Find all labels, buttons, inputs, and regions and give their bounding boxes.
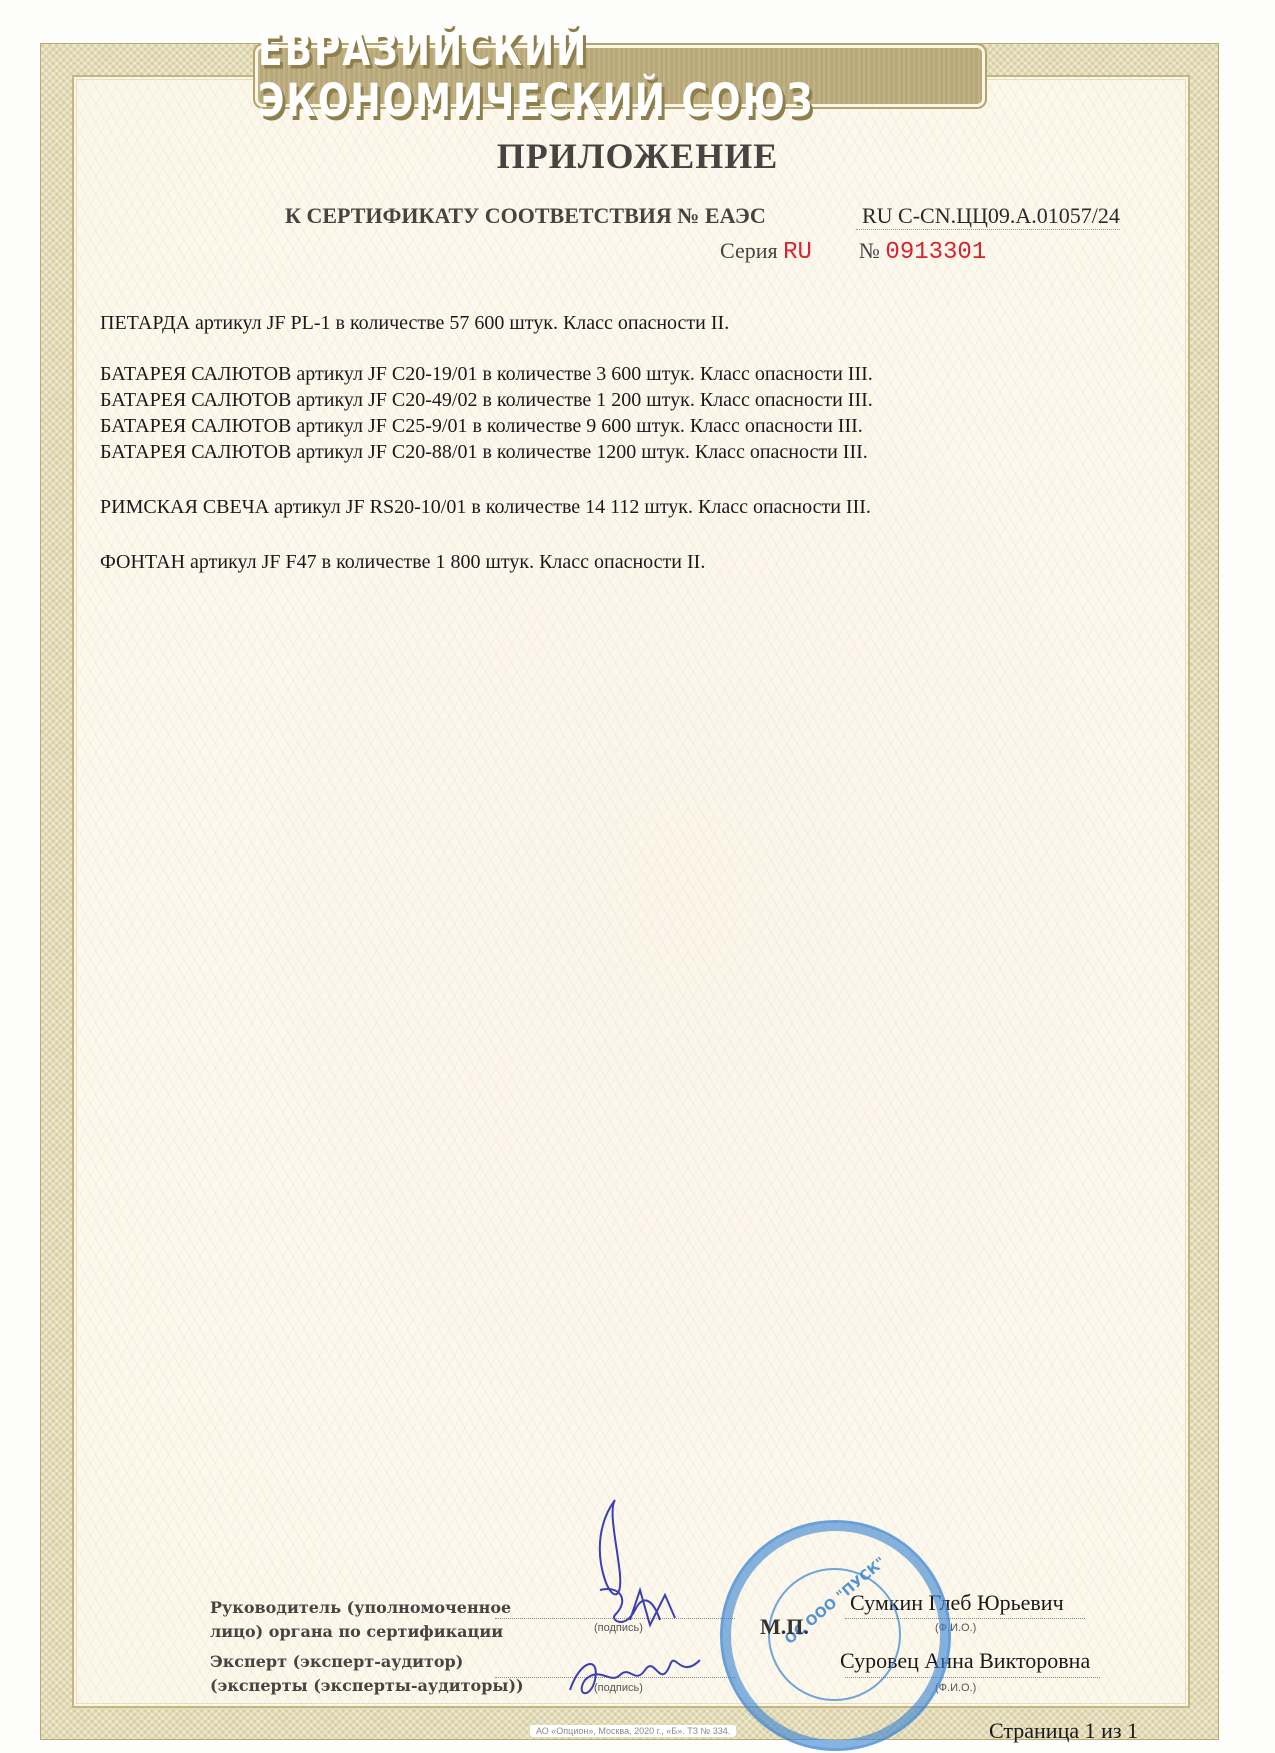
page-number: Страница 1 из 1 <box>989 1718 1138 1744</box>
product-item: БАТАРЕЯ САЛЮТОВ артикул JF C20-19/01 в к… <box>100 363 873 386</box>
head-signature-icon <box>560 1490 720 1640</box>
number-label: № <box>859 238 880 263</box>
product-item: БАТАРЕЯ САЛЮТОВ артикул JF C25-9/01 в ко… <box>100 415 863 438</box>
product-item: БАТАРЕЯ САЛЮТОВ артикул JF C20-49/02 в к… <box>100 389 873 412</box>
product-item: РИМСКАЯ СВЕЧА артикул JF RS20-10/01 в ко… <box>100 496 871 519</box>
series-line: Серия RU № 0913301 <box>720 238 986 266</box>
certificate-label: К СЕРТИФИКАТУ СООТВЕТСТВИЯ № ЕАЭС <box>285 203 766 229</box>
series-label: Серия <box>720 238 778 263</box>
expert-label: Эксперт (эксперт-аудитор) (эксперты (экс… <box>210 1650 524 1698</box>
expert-fio-caption: (Ф.И.О.) <box>935 1682 976 1694</box>
product-item: ПЕТАРДА артикул JF PL-1 в количестве 57 … <box>100 312 729 335</box>
eaeu-banner: ЕВРАЗИЙСКИЙ ЭКОНОМИЧЕСКИЙ СОЮЗ <box>255 45 985 107</box>
product-item: ФОНТАН артикул JF F47 в количестве 1 800… <box>100 551 705 574</box>
stamp-place-label: М.П. <box>760 1614 809 1640</box>
head-label: Руководитель (уполномоченное лицо) орган… <box>210 1596 511 1644</box>
series-value: RU <box>783 239 812 266</box>
form-number: 0913301 <box>885 239 986 266</box>
page-title: ПРИЛОЖЕНИЕ <box>0 135 1275 177</box>
printer-imprint: АО «Опцион», Москва, 2020 г., «Б». ТЗ № … <box>530 1725 736 1737</box>
certificate-number: RU C-CN.ЦЦ09.А.01057/24 <box>856 203 1120 230</box>
official-stamp: ОС ООО "ПУСК" <box>720 1520 951 1751</box>
expert-signature-icon <box>560 1640 710 1710</box>
banner-title: ЕВРАЗИЙСКИЙ ЭКОНОМИЧЕСКИЙ СОЮЗ <box>258 25 982 128</box>
product-item: БАТАРЕЯ САЛЮТОВ артикул JF C20-88/01 в к… <box>100 441 868 464</box>
